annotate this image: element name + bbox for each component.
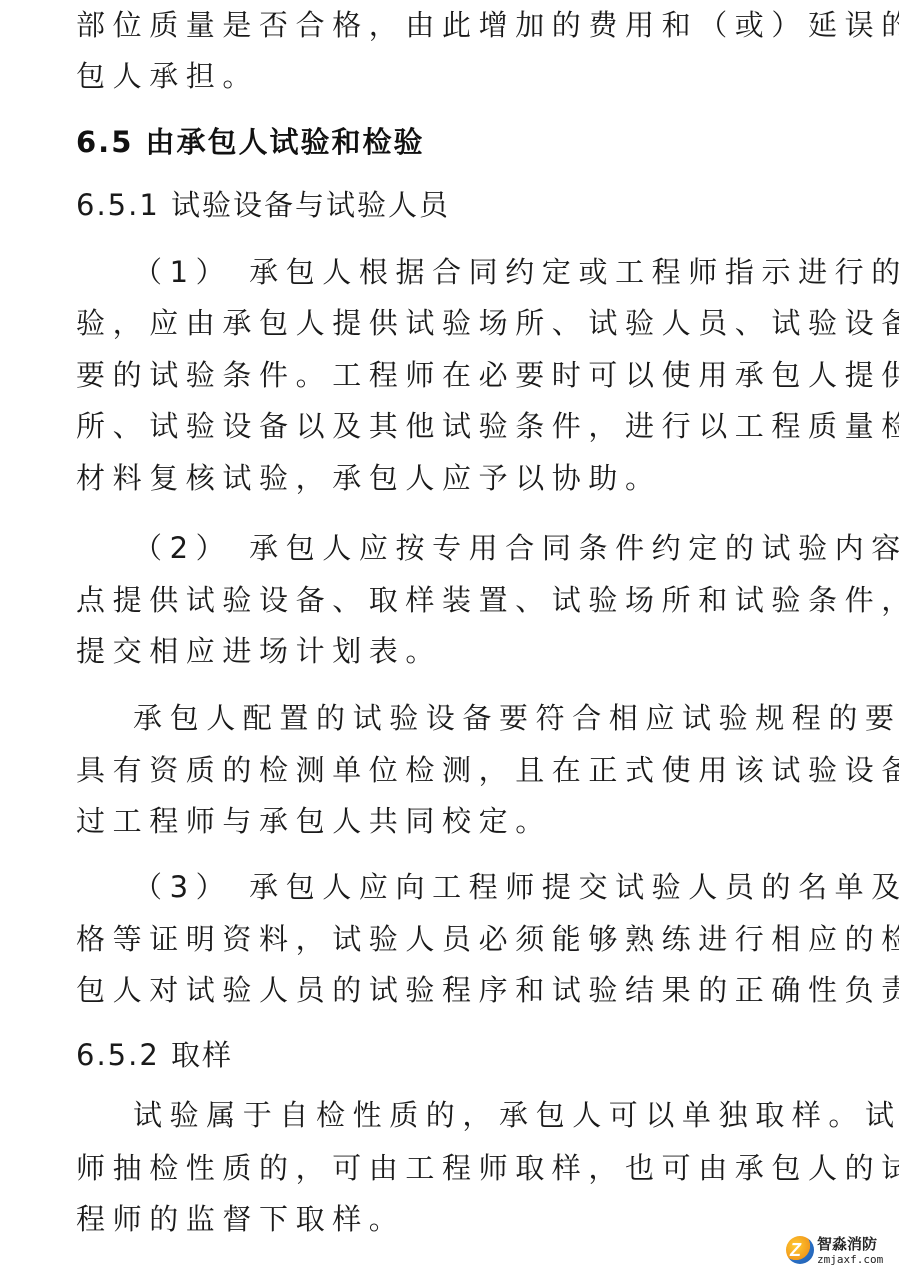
paragraph-line: 所、试验设备以及其他试验条件，进行以工程质量检查为目的的 bbox=[76, 408, 899, 444]
watermark-name: 智淼消防 bbox=[817, 1233, 877, 1254]
body-line: 包人承担。 bbox=[76, 58, 259, 94]
paragraph-line: 包人对试验人员的试验程序和试验结果的正确性负责。 bbox=[76, 972, 899, 1008]
paragraph-line: 师抽检性质的，可由工程师取样，也可由承包人的试验人员在工 bbox=[76, 1150, 899, 1186]
watermark-url: zmjaxf.com bbox=[817, 1253, 883, 1266]
subsection-heading: 6.5.2 取样 bbox=[76, 1037, 233, 1073]
paragraph-line: （2） 承包人应按专用合同条件约定的试验内容、时间和地 bbox=[133, 530, 899, 566]
section-heading: 6.5 由承包人试验和检验 bbox=[76, 124, 424, 160]
watermark-logo: Z 智淼消防 zmjaxf.com bbox=[786, 1233, 896, 1271]
paragraph-line: 格等证明资料，试验人员必须能够熟练进行相应的检测试验，承 bbox=[76, 921, 899, 957]
paragraph-line: 过工程师与承包人共同校定。 bbox=[76, 803, 552, 839]
paragraph-line: 要的试验条件。工程师在必要时可以使用承包人提供的试验场 bbox=[76, 357, 899, 393]
paragraph-line: 程师的监督下取样。 bbox=[76, 1201, 405, 1237]
paragraph-line: 提交相应进场计划表。 bbox=[76, 633, 442, 669]
paragraph-line: （1） 承包人根据合同约定或工程师指示进行的现场材料试 bbox=[133, 254, 899, 290]
zm-logo-icon: Z bbox=[786, 1236, 814, 1264]
paragraph-line: 材料复核试验，承包人应予以协助。 bbox=[76, 460, 662, 496]
paragraph-line: 承包人配置的试验设备要符合相应试验规程的要求并经过 bbox=[133, 700, 899, 736]
paragraph-line: 试验属于自检性质的，承包人可以单独取样。试验属于工程 bbox=[133, 1097, 899, 1133]
paragraph-line: 点提供试验设备、取样装置、试验场所和试验条件，并向工程师 bbox=[76, 582, 899, 618]
logo-letter: Z bbox=[790, 1240, 801, 1261]
body-line: 部位质量是否合格，由此增加的费用和（或）延误的工期均由承 bbox=[76, 7, 899, 43]
paragraph-line: （3） 承包人应向工程师提交试验人员的名单及其岗位、资 bbox=[133, 869, 899, 905]
paragraph-line: 具有资质的检测单位检测，且在正式使用该试验设备前，需要经 bbox=[76, 752, 899, 788]
subsection-heading: 6.5.1 试验设备与试验人员 bbox=[76, 187, 450, 223]
paragraph-line: 验，应由承包人提供试验场所、试验人员、试验设备以及其他必 bbox=[76, 305, 899, 341]
